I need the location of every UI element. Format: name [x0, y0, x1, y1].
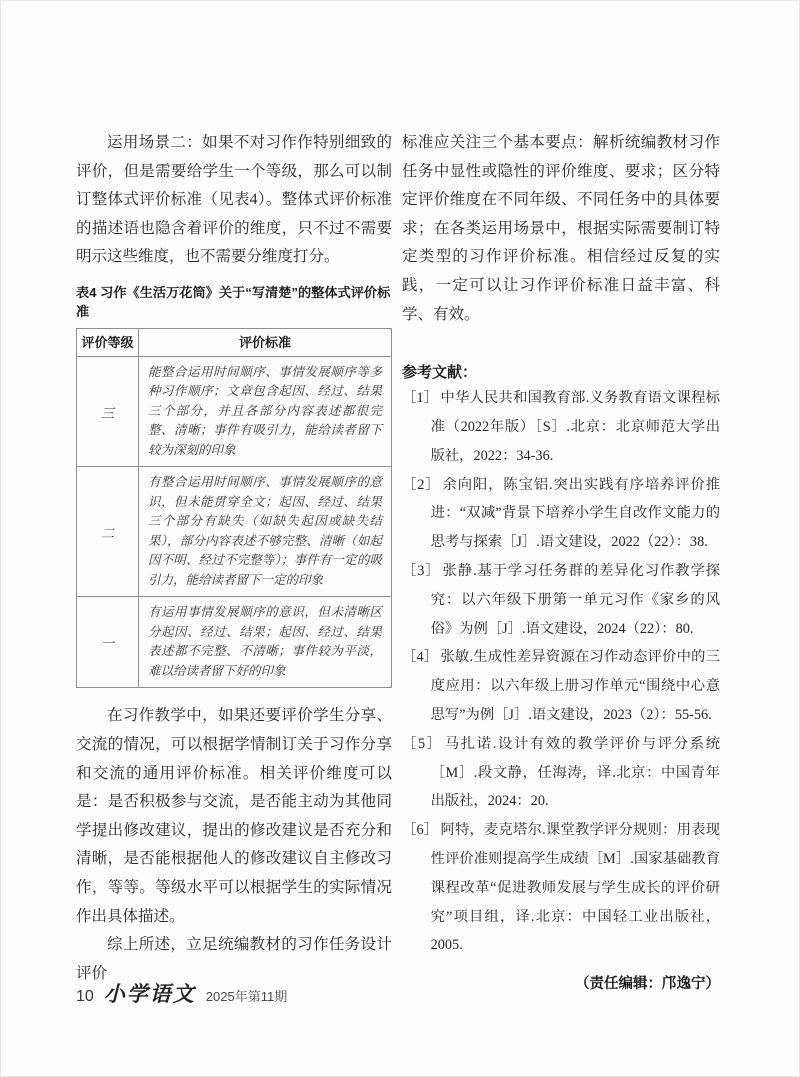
page-footer: 10 小学语文 2025年第11期: [76, 978, 287, 1008]
column-header-grade: 评价等级: [77, 328, 139, 356]
holistic-rubric-table: 评价等级 评价标准 三 能整合运用时间顺序、事情发展顺序等多种习作顺序；文章包含…: [76, 328, 392, 689]
left-column: 运用场景二：如果不对习作作特别细致的评价，但是需要给学生一个等级，那么可以制订整…: [76, 129, 392, 988]
reference-label: ［1］: [402, 390, 440, 406]
issue-label: 2025年第11期: [206, 986, 287, 1005]
grade-level-1: 一: [77, 597, 139, 688]
reference-text: 张静.基于学习任务群的差异化习作教学探究：以六年级下册第一单元习作《家乡的风俗》…: [431, 563, 720, 637]
table-row: 三 能整合运用时间顺序、事情发展顺序等多种习作顺序；文章包含起因、经过、结果三个…: [77, 356, 392, 467]
reference-5: ［5］马扎诺.设计有效的教学评价与评分系统［M］.段文静，任海涛，译.北京：中国…: [402, 730, 720, 816]
editor-note: （责任编辑：邝逸宁）: [402, 972, 720, 993]
reference-text: 余向阳，陈宝铝.突出实践有序培养评价推进：“双减”背景下培养小学生自改作文能力的…: [431, 477, 720, 551]
reference-text: 张敏.生成性差异资源在习作动态评价中的三度应用：以六年级上册习作单元“围绕中心意…: [431, 649, 720, 723]
reference-3: ［3］张静.基于学习任务群的差异化习作教学探究：以六年级下册第一单元习作《家乡的…: [402, 557, 720, 643]
reference-4: ［4］张敏.生成性差异资源在习作动态评价中的三度应用：以六年级上册习作单元“围绕…: [402, 643, 720, 729]
grade-level-3: 三: [77, 356, 139, 467]
table-row: 二 有整合运用时间顺序、事情发展顺序的意识，但未能贯穿全文；起因、经过、结果三个…: [77, 467, 392, 597]
right-column: 标准应关注三个基本要点：解析统编教材习作任务中显性或隐性的评价维度、要求；区分特…: [402, 129, 720, 993]
reference-6: ［6］阿特，麦克塔尔.课堂教学评分规则：用表现性评价准则提高学生成绩［M］.国家…: [402, 816, 720, 960]
paragraph-sharing-evaluation: 在习作教学中，如果还要评价学生分享、交流的情况，可以根据学情制订关于习作分享和交…: [76, 702, 392, 931]
table-caption: 表4 习作《生活万花筒》关于“写清楚”的整体式评价标准: [76, 283, 392, 321]
reference-label: ［5］: [402, 736, 445, 752]
reference-1: ［1］中华人民共和国教育部.义务教育语文课程标准（2022年版）［S］.北京：北…: [402, 384, 720, 470]
criteria-level-1: 有运用事情发展顺序的意识，但未清晰区分起因、经过、结果；起因、经过、结果表述都不…: [139, 597, 392, 688]
reference-text: 阿特，麦克塔尔.课堂教学评分规则：用表现性评价准则提高学生成绩［M］.国家基础教…: [431, 822, 720, 953]
reference-text: 中华人民共和国教育部.义务教育语文课程标准（2022年版）［S］.北京：北京师范…: [431, 390, 720, 464]
table-header-row: 评价等级 评价标准: [77, 328, 392, 356]
paragraph-conclusion-continued: 标准应关注三个基本要点：解析统编教材习作任务中显性或隐性的评价维度、要求；区分特…: [402, 129, 720, 329]
reference-label: ［2］: [402, 477, 443, 493]
reference-2: ［2］余向阳，陈宝铝.突出实践有序培养评价推进：“双减”背景下培养小学生自改作文…: [402, 471, 720, 557]
grade-level-2: 二: [77, 467, 139, 597]
page-number: 10: [76, 988, 94, 1006]
journal-article-page: 运用场景二：如果不对习作作特别细致的评价，但是需要给学生一个等级，那么可以制订整…: [0, 0, 800, 1077]
column-header-criteria: 评价标准: [139, 328, 392, 356]
criteria-level-2: 有整合运用时间顺序、事情发展顺序的意识，但未能贯穿全文；起因、经过、结果三个部分…: [139, 467, 392, 597]
reference-label: ［3］: [402, 563, 443, 579]
paragraph-usage-scene-2: 运用场景二：如果不对习作作特别细致的评价，但是需要给学生一个等级，那么可以制订整…: [76, 129, 392, 272]
reference-label: ［4］: [402, 649, 440, 665]
reference-label: ［6］: [402, 822, 440, 838]
table-row: 一 有运用事情发展顺序的意识，但未清晰区分起因、经过、结果；起因、经过、结果表述…: [77, 597, 392, 688]
journal-logo: 小学语文: [104, 978, 196, 1008]
references-heading: 参考文献：: [402, 362, 720, 384]
reference-text: 马扎诺.设计有效的教学评价与评分系统［M］.段文静，任海涛，译.北京：中国青年出…: [431, 736, 720, 810]
criteria-level-3: 能整合运用时间顺序、事情发展顺序等多种习作顺序；文章包含起因、经过、结果三个部分…: [139, 356, 392, 467]
